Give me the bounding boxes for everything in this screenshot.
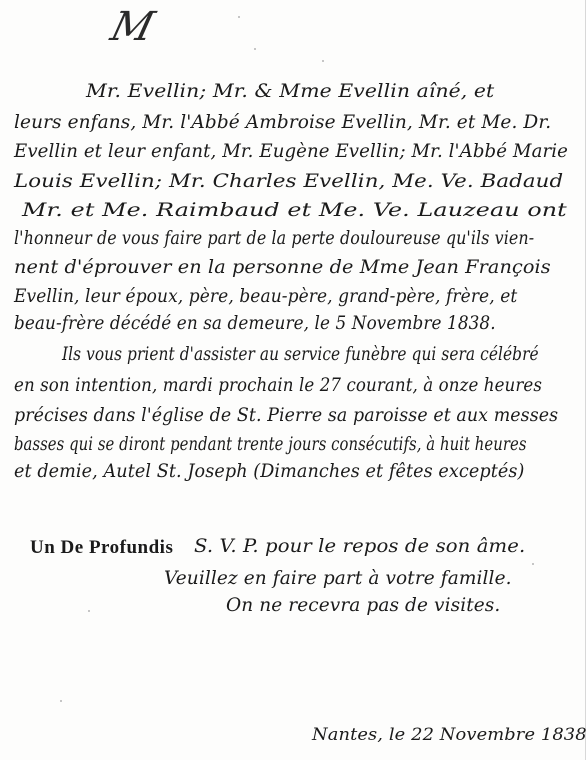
scan-speck [254,48,256,50]
scan-speck [238,16,240,18]
scan-speck [322,60,324,62]
announcement-line-2: leurs enfans, Mr. l'Abbé Ambroise Evelli… [14,112,551,133]
invitation-line-1: Ils vous prient d'assister au service fu… [62,344,539,365]
de-profundis-request: S. V. P. pour le repos de son âme. [194,536,525,557]
announcement-line-4: Louis Evellin; Mr. Charles Evellin, Me. … [14,170,563,192]
invitation-line-5: et demie, Autel St. Joseph (Dimanches et… [14,461,524,482]
invitation-line-3: précises dans l'église de St. Pierre sa … [14,405,558,426]
announcement-line-9: beau-frère décédé en sa demeure, le 5 No… [14,313,496,334]
family-notice-line: Veuillez en faire part à votre famille. [164,568,512,589]
no-visits-line: On ne recevra pas de visites. [226,595,500,616]
place-and-date: Nantes, le 22 Novembre 1838. [312,725,586,745]
announcement-line-3: Evellin et leur enfant, Mr. Eugène Evell… [14,141,568,162]
announcement-line-6: l'honneur de vous faire part de la perte… [14,228,534,249]
announcement-line-1: Mr. Evellin; Mr. & Mme Evellin aîné, et [86,80,494,102]
scan-speck [88,610,90,612]
scan-speck [60,700,62,702]
scan-speck [532,563,534,565]
de-profundis-label: Un De Profundis [30,537,173,559]
announcement-line-8: Evellin, leur époux, père, beau-père, gr… [14,286,517,307]
scanned-letter-page: M Mr. Evellin; Mr. & Mme Evellin aîné, e… [0,0,586,760]
invitation-line-2: en son intention, mardi prochain le 27 c… [14,375,542,396]
decorative-initial: M [106,4,156,50]
announcement-line-5: Mr. et Me. Raimbaud et Me. Ve. Lauzeau o… [22,199,567,221]
invitation-line-4: basses qui se diront pendant trente jour… [14,434,527,455]
announcement-line-7: nent d'éprouver en la personne de Mme Je… [14,257,551,278]
